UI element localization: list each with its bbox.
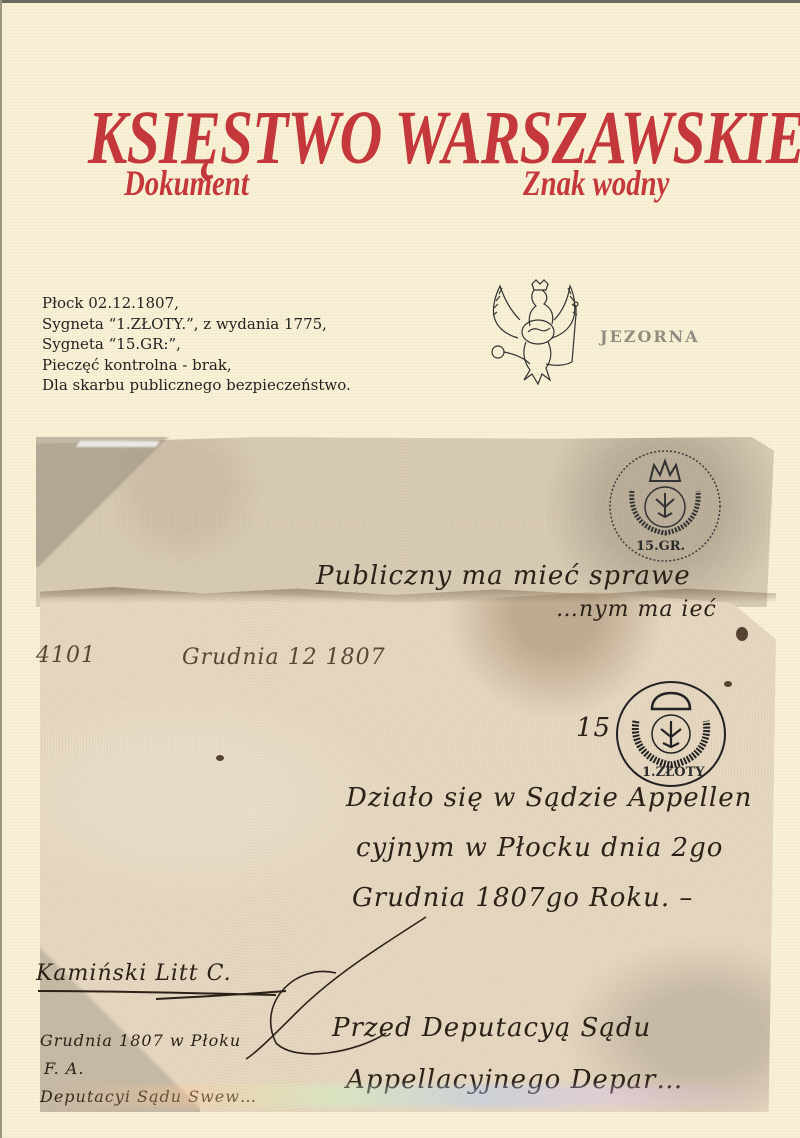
handwriting-line: Publiczny ma mieć sprawe [316,561,691,591]
sleeve-reflection [40,1085,780,1107]
manuscript-letter: 15.GR. 1.ZŁOTY Publiczny ma mieć sprawe … [36,437,776,1112]
crowned-eagle-icon [480,276,590,386]
ink-stain [736,627,748,641]
page-top-border [0,0,800,3]
handwriting-mark: 15 [576,713,611,743]
description-line: Sygneta “1.ZŁOTY.”, z wydania 1775, [42,314,351,335]
docket-date: Grudnia 12 1807 [182,645,386,670]
description-line: Dla skarbu publicznego bezpieczeństwo. [42,375,351,396]
section-header-watermark: Znak wodny [523,162,669,204]
letter-fold-shadow [36,437,176,567]
handwriting-address-line: Przed Deputacyą Sądu [332,1013,651,1043]
handwriting-body-line: cyjnym w Płocku dnia 2go [356,833,723,863]
stamp-15-gr: 15.GR. [606,447,724,565]
handwriting-body-line: Grudnia 1807go Roku. – [352,883,693,913]
description-line: Pieczęć kontrolna - brak, [42,355,351,376]
description-line: Sygneta “15.GR:”, [42,334,351,355]
document-description: Płock 02.12.1807, Sygneta “1.ZŁOTY.”, z … [42,293,351,396]
watermark-label: JEZORNA [600,327,700,346]
handwriting-left-note: Kamiński Litt C. [36,961,232,986]
handwriting-left-line: F. A. [44,1059,84,1078]
sleeve-glare [76,441,159,447]
ink-stain [216,755,224,761]
handwriting-line: …nym ma ieć [556,597,717,622]
section-header-document: Dokument [124,162,249,204]
stamp-label: 15.GR. [636,539,685,554]
stamp-label: 1.ZŁOTY [642,765,705,780]
handwriting-body-line: Działo się w Sądzie Appellen [346,783,752,813]
docket-number: 4101 [36,643,96,668]
stamp-1-zloty: 1.ZŁOTY [614,679,729,789]
description-line: Płock 02.12.1807, [42,293,351,314]
handwriting-left-line: Grudnia 1807 w Płoku [40,1031,241,1050]
page-left-border [0,0,2,1138]
